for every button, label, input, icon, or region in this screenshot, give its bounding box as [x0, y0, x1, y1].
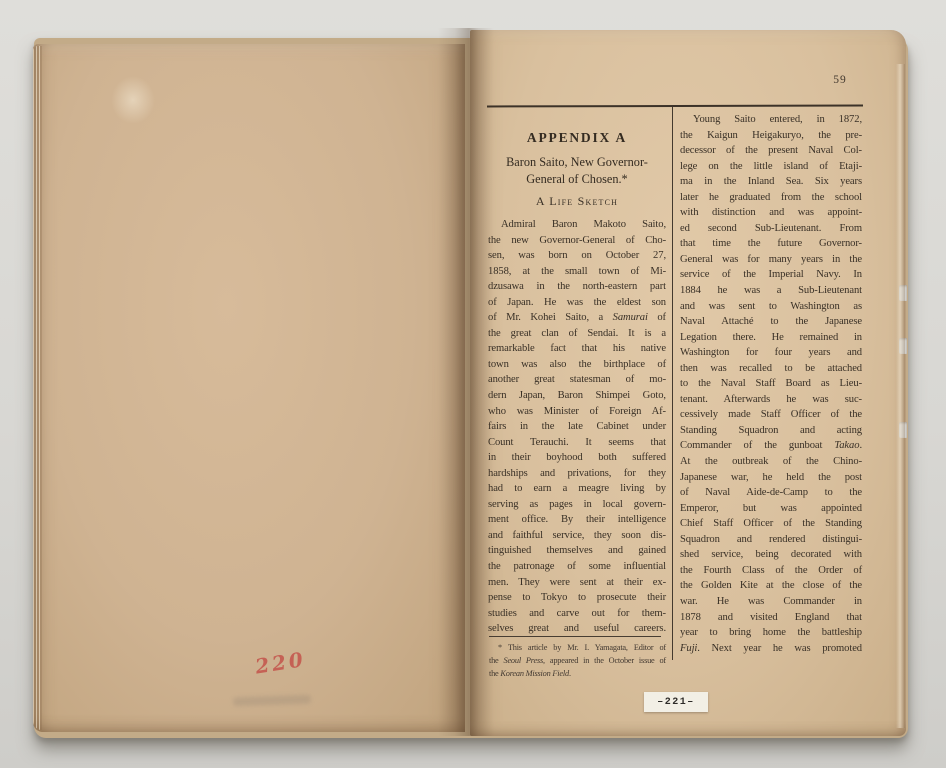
left-page: 220	[33, 44, 465, 732]
page-number: 59	[820, 74, 860, 86]
left-column-text: Admiral Baron Makoto Saito,the new Gover…	[488, 217, 666, 637]
right-page: 59 APPENDIX A Baron Saito, New Governor-…	[470, 30, 906, 736]
article-subtitle-line: Baron Saito, New Governor-	[488, 154, 666, 171]
section-heading: A Life Sketch	[488, 194, 666, 209]
article-title: APPENDIX A	[488, 130, 666, 146]
footnote-text: * This article by Mr. I. Yamagata, Edito…	[489, 641, 666, 680]
footnote-rule	[489, 636, 661, 637]
catalog-sticker: –221–	[644, 692, 708, 712]
article-subtitle-line: General of Chosen.*	[488, 171, 666, 188]
right-column: Young Saito entered, in 1872,the Kaigun …	[680, 112, 862, 656]
paper-blotch	[111, 76, 155, 124]
deckle-notch	[899, 422, 907, 438]
pencil-smudge	[233, 695, 311, 707]
column-divider	[672, 107, 673, 660]
right-column-text: Young Saito entered, in 1872,the Kaigun …	[680, 112, 862, 656]
header-rule	[487, 105, 863, 108]
left-column: APPENDIX A Baron Saito, New Governor- Ge…	[488, 130, 666, 637]
catalog-sticker-label: –221–	[657, 697, 695, 708]
deckle-notch	[899, 338, 907, 354]
footnote: * This article by Mr. I. Yamagata, Edito…	[489, 636, 666, 680]
deckle-notch	[899, 285, 907, 301]
handwritten-page-number: 220	[253, 645, 316, 678]
article-subtitle: Baron Saito, New Governor- General of Ch…	[488, 154, 666, 188]
